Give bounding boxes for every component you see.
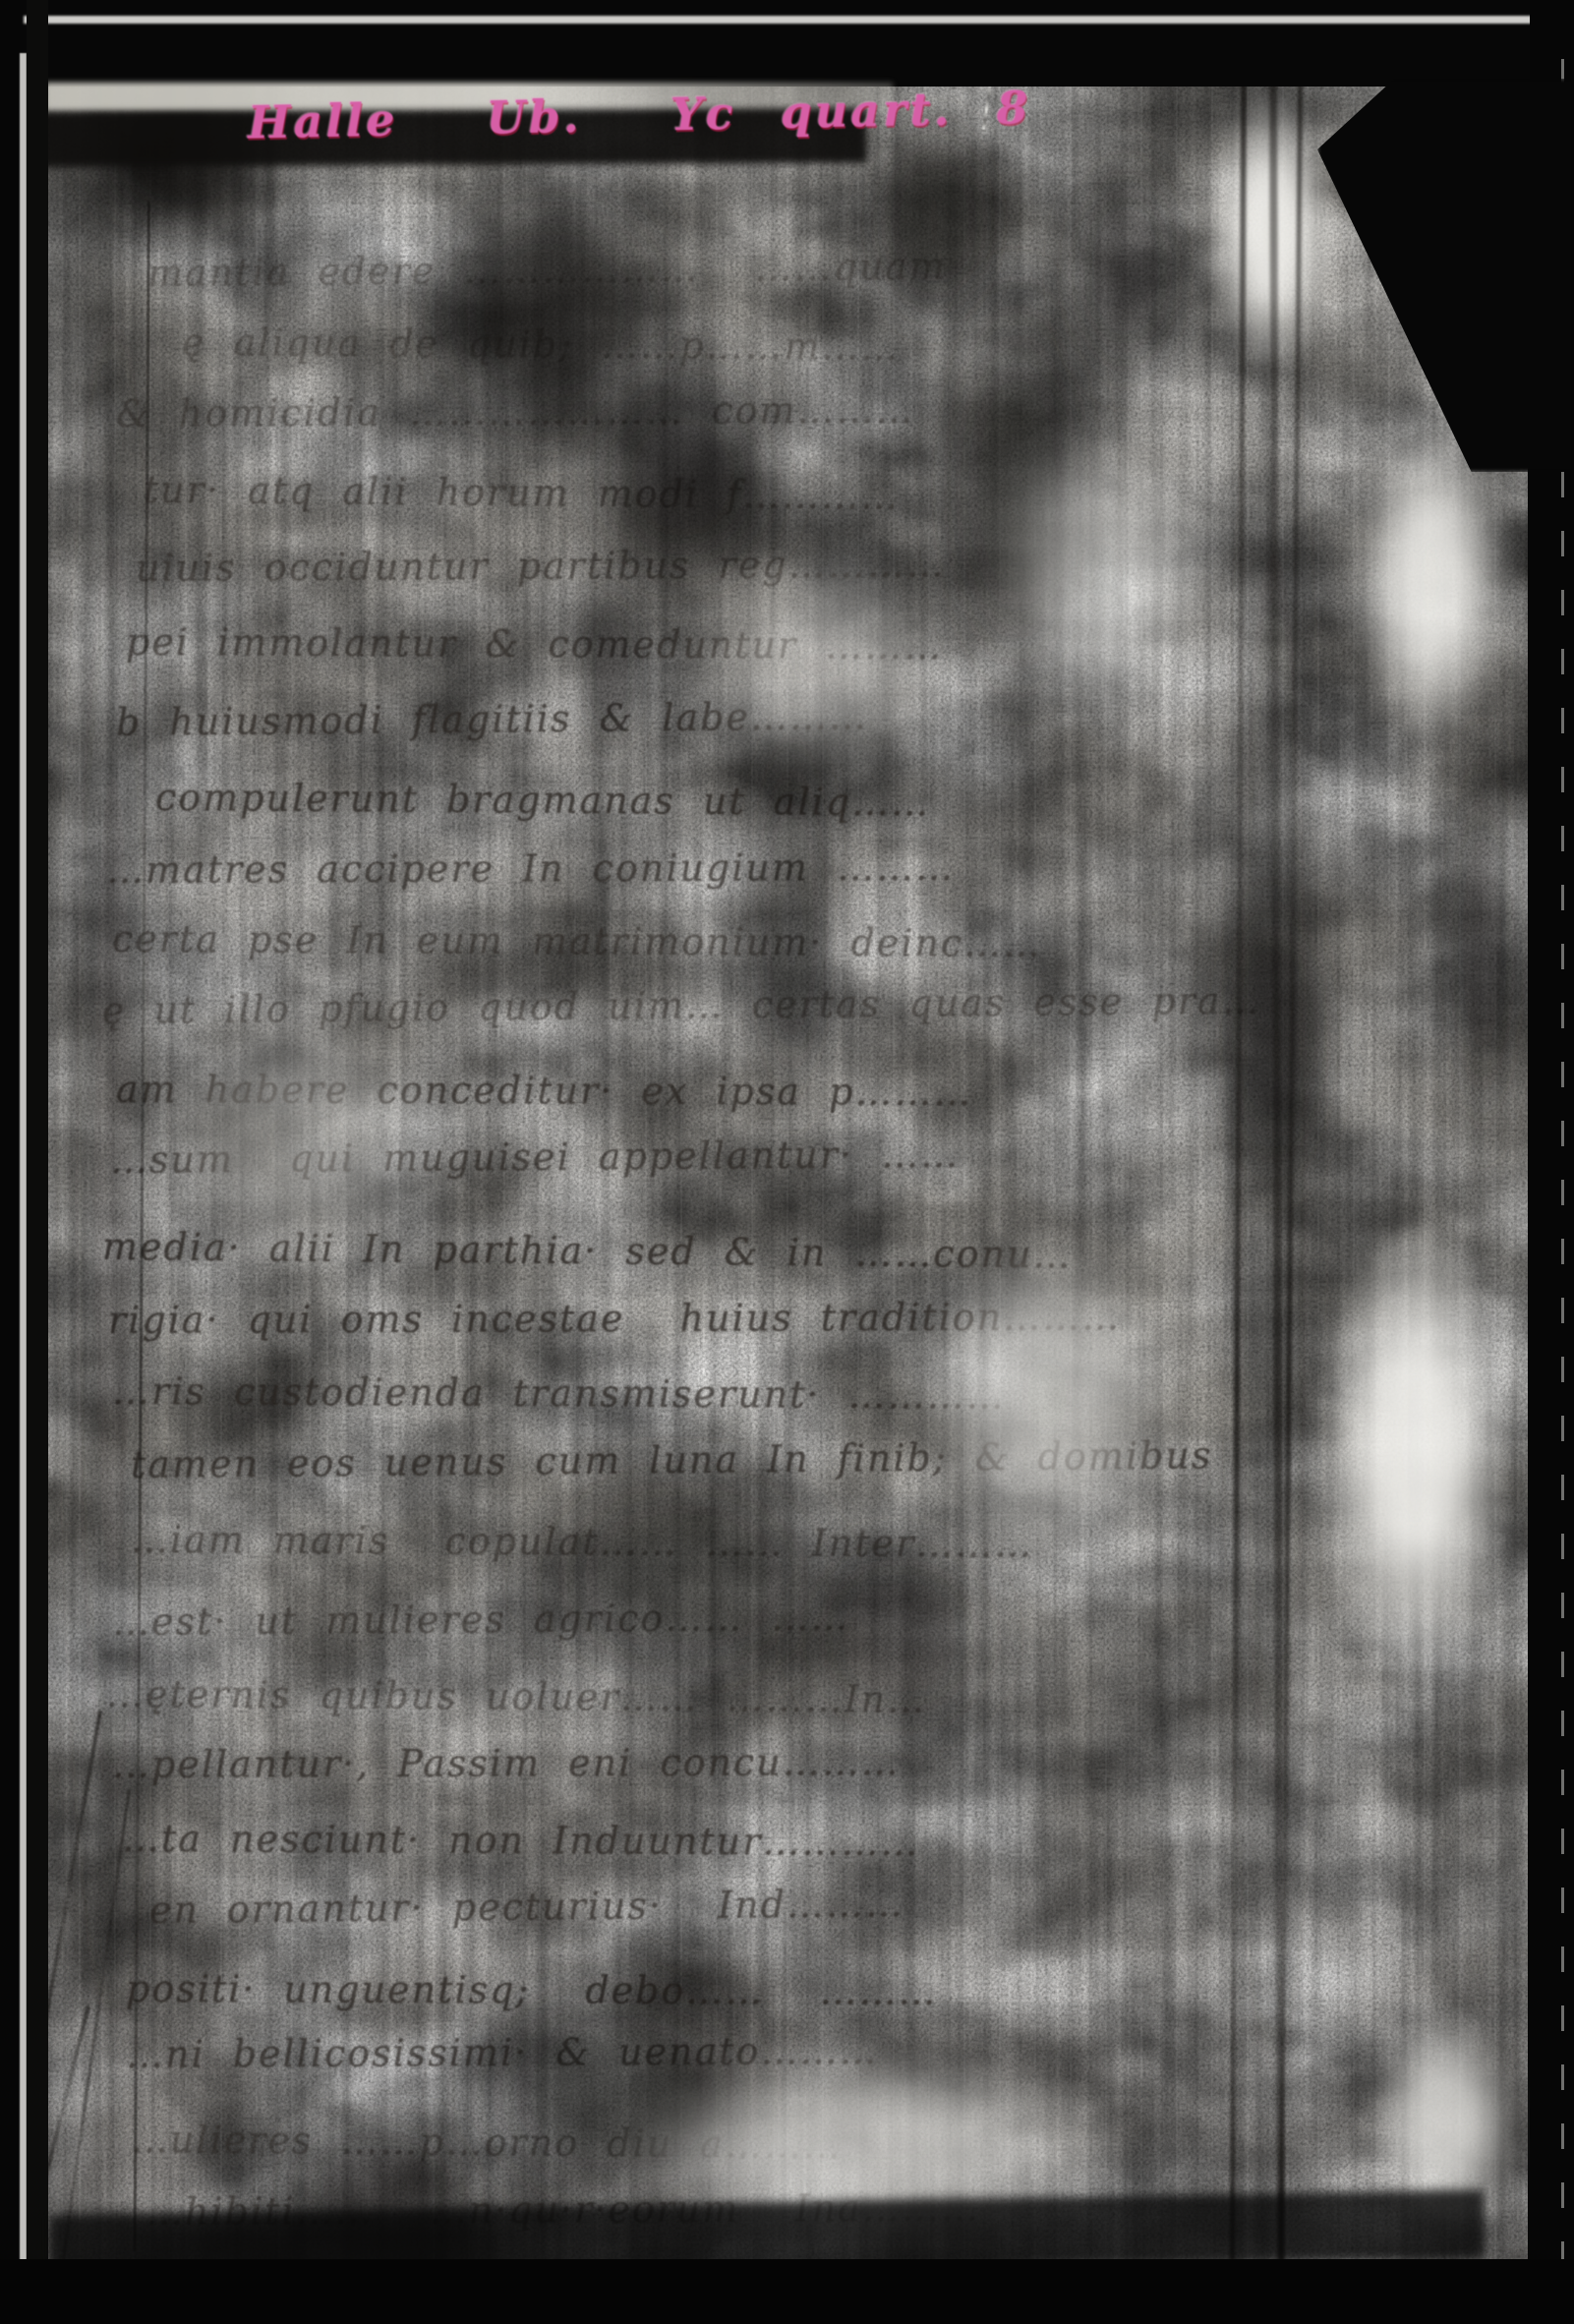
manuscript-line: certa pse In eum matrimonium· deinc…… bbox=[112, 918, 1042, 966]
manuscript-line: …ris custodienda transmiserunt· ………… bbox=[112, 1370, 1006, 1418]
print-edge-top bbox=[24, 16, 1549, 24]
photo-border-left bbox=[0, 0, 20, 2324]
print-edge-left bbox=[20, 53, 27, 2306]
dark-stain-patch bbox=[565, 551, 659, 786]
manuscript-line: …ta nesciunt· non Induuntur………… bbox=[122, 1818, 920, 1865]
manuscript-photograph: mantia edere ……………… ……quamę aliqua de qu… bbox=[0, 0, 1574, 2324]
white-patch bbox=[914, 1229, 1180, 1563]
leaf-left-dark-edge bbox=[27, 0, 48, 2324]
manuscript-line: …pellantur·, Passim eni concu……… bbox=[112, 1741, 901, 1786]
manuscript-line: en ornantur· pecturius· Ind……… bbox=[149, 1883, 904, 1932]
white-patch bbox=[983, 423, 1219, 718]
photo-border-bottom bbox=[0, 2259, 1574, 2324]
white-patch bbox=[147, 1003, 452, 1268]
dark-stain-patch bbox=[1042, 118, 1209, 423]
white-patch bbox=[1317, 1209, 1514, 1691]
shelfmark-inscription: Halle Ub. Yc quart. 8 bbox=[248, 85, 1031, 145]
dark-stain-patch bbox=[1426, 688, 1539, 1199]
white-patch bbox=[688, 551, 954, 777]
dark-stain-patch bbox=[59, 167, 167, 2182]
photo-border-top bbox=[0, 0, 1574, 87]
